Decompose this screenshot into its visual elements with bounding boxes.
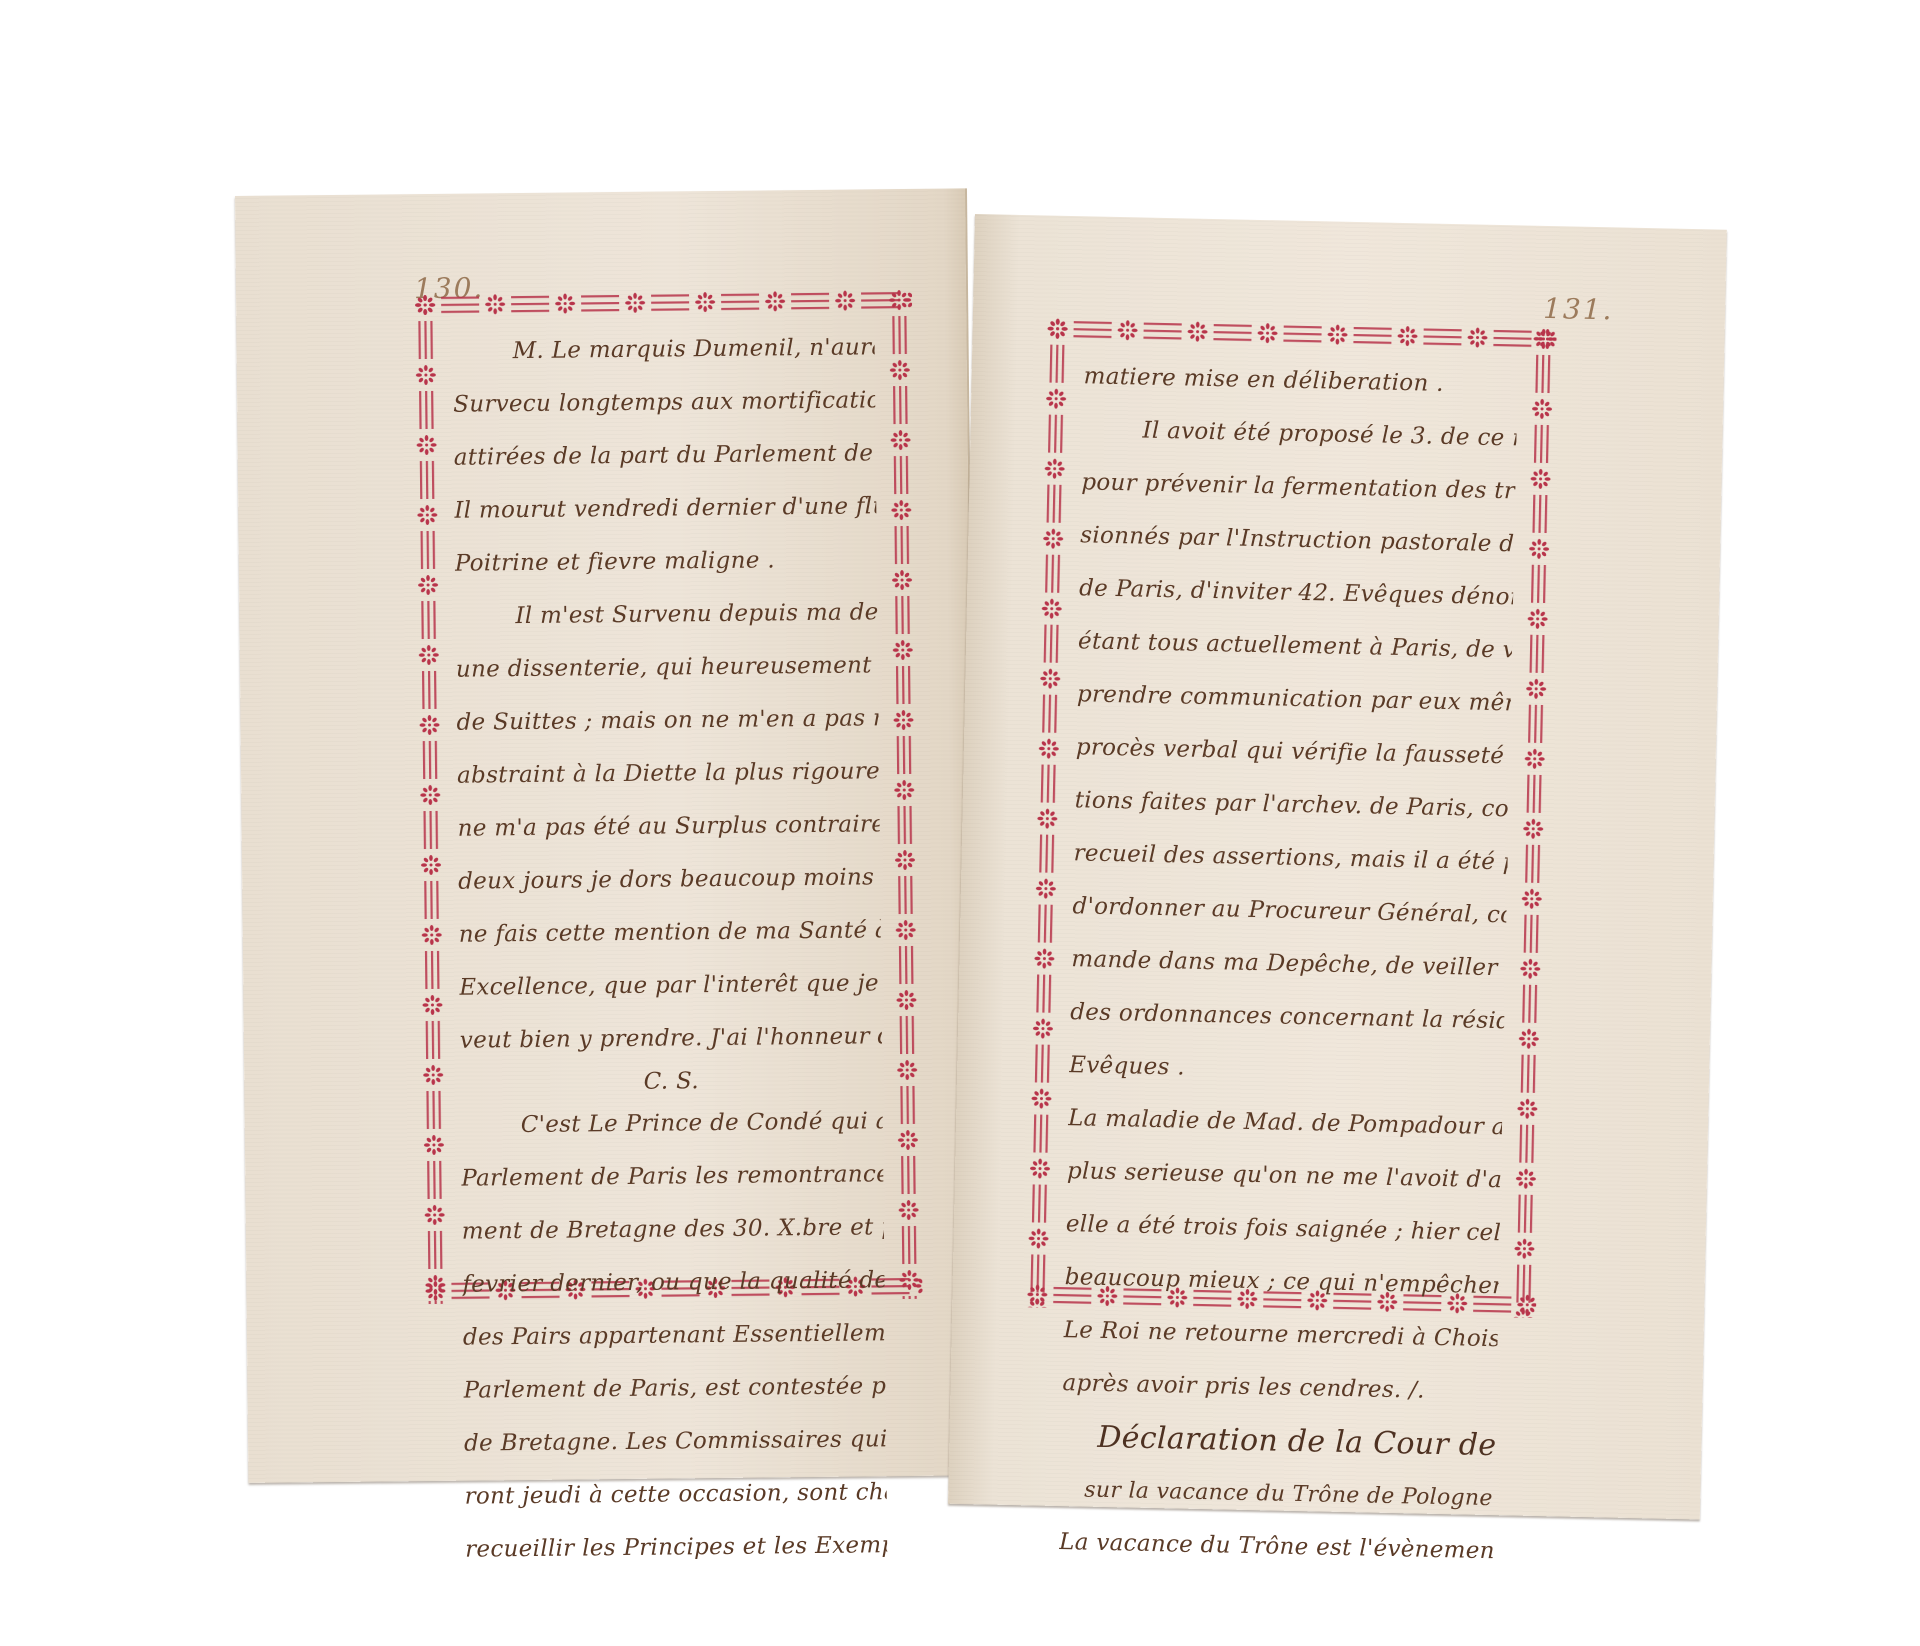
flower-bar-border-top: [412, 287, 912, 318]
flower-bar-border-left: [412, 292, 449, 1304]
text-line: recueil des assertions, mais il a été pr…: [1073, 827, 1508, 889]
text-line: tions faites par l'archev. de Paris, con…: [1074, 774, 1509, 836]
text-line: elle a été trois fois saignée ; hier cel…: [1065, 1198, 1500, 1260]
text-line: pour prévenir la fermentation des troubl…: [1081, 456, 1516, 518]
handwritten-text-block: M. Le marquis Dumenil, n'aura pas Survec…: [452, 321, 884, 1263]
text-line: prendre communication par eux mêmes du: [1076, 668, 1511, 730]
left-manuscript-page: 130. M. Le marquis Dumenil, n'aura pas S…: [235, 188, 978, 1483]
text-line: deux jours je dors beaucoup moins mal. J…: [458, 851, 881, 908]
flower-bar-border-right: [886, 287, 923, 1299]
text-line: Parlement de Paris, est contestée par ce…: [463, 1360, 886, 1417]
right-manuscript-page: 131. matiere mise en déliberation . Il a…: [948, 214, 1727, 1519]
text-line: mande dans ma Depêche, de veiller à l'ex…: [1071, 933, 1506, 995]
text-line: La maladie de Mad. de Pompadour a été: [1068, 1092, 1503, 1154]
flower-bar-border-left: [1024, 315, 1071, 1307]
handwritten-text-block: matiere mise en déliberation . Il avoit …: [1065, 350, 1518, 1277]
text-line: recueillir les Principes et les Exemples…: [465, 1519, 888, 1576]
text-line: de Suittes ; mais on ne m'en a pas moins: [456, 692, 879, 749]
text-line: après avoir pris les cendres. /.: [1062, 1357, 1497, 1419]
text-line: Parlement de Paris les remontrances du P…: [461, 1148, 884, 1205]
text-line: abstraint à la Diette la plus rigoureuse…: [457, 745, 880, 802]
text-line: Il mourut vendredi dernier d'une fluxion…: [454, 480, 877, 537]
declaration-heading: Déclaration de la Cour de France: [1061, 1410, 1496, 1472]
text-line: de Bretagne. Les Commissaires qui s'asse…: [464, 1413, 887, 1470]
text-line: beaucoup mieux ; ce qui n'empêchera pas …: [1064, 1251, 1499, 1313]
text-line: procès verbal qui vérifie la fausseté de…: [1075, 721, 1510, 783]
ornamental-border-frame: matiere mise en déliberation . Il avoit …: [1024, 315, 1557, 1318]
text-line: ront jeudi à cette occasion, sont chargé…: [464, 1466, 887, 1523]
page-number: 131.: [1543, 292, 1614, 326]
text-line: M. Le marquis Dumenil, n'aura pas: [452, 321, 875, 378]
text-line: étant tous actuellement à Paris, de veni…: [1078, 615, 1513, 677]
text-line: d'ordonner au Procureur Général, comme j…: [1072, 880, 1507, 942]
text-line: des ordonnances concernant la résidence …: [1070, 986, 1505, 1048]
text-line: Poitrine et fievre maligne .: [455, 533, 878, 590]
text-line: matiere mise en déliberation .: [1083, 350, 1518, 412]
text-line: une dissenterie, qui heureusement n'a pa…: [456, 639, 879, 696]
signature-initials: C. S.: [460, 1063, 882, 1099]
text-line: ne m'a pas été au Surplus contraire ; ca…: [457, 798, 880, 855]
text-line: ment de Bretagne des 30. X.bre et premie…: [462, 1201, 885, 1258]
text-line: Le Roi ne retourne mercredi à Choisy,: [1063, 1304, 1498, 1366]
flower-bar-border-right: [1510, 326, 1557, 1318]
text-line: des Pairs appartenant Essentiellement au: [463, 1307, 886, 1364]
declaration-subheading: sur la vacance du Trône de Pologne du 27…: [1060, 1463, 1495, 1525]
flower-bar-border-top: [1044, 315, 1556, 352]
text-line: Il m'est Survenu depuis ma derniere: [455, 586, 878, 643]
text-line: ne fais cette mention de ma Santé à votr…: [458, 904, 881, 961]
text-line: La vacance du Trône est l'évènement le: [1059, 1516, 1494, 1578]
text-line: Evêques .: [1069, 1039, 1504, 1101]
text-line: sionnés par l'Instruction pastorale de l…: [1080, 509, 1515, 571]
text-line: Survecu longtemps aux mortifications qu'…: [453, 374, 876, 431]
ornamental-border-frame: M. Le marquis Dumenil, n'aura pas Survec…: [412, 287, 923, 1304]
text-line: de Paris, d'inviter 42. Evêques dénommés…: [1079, 562, 1514, 624]
text-line: attirées de la part du Parlement de Gren…: [453, 427, 876, 484]
text-line: C'est Le Prince de Condé qui a denoncé a…: [460, 1095, 883, 1152]
text-line: plus serieuse qu'on ne me l'avoit d'abor…: [1066, 1145, 1501, 1207]
text-line: Il avoit été proposé le 3. de ce mois: [1082, 403, 1517, 465]
text-line: fevrier dernier, ou que la qualité de Co…: [462, 1254, 885, 1311]
text-line: Excellence, que par l'interêt que je Sai…: [459, 957, 882, 1014]
text-line: veut bien y prendre. J'ai l'honneur d'êt…: [460, 1010, 883, 1067]
